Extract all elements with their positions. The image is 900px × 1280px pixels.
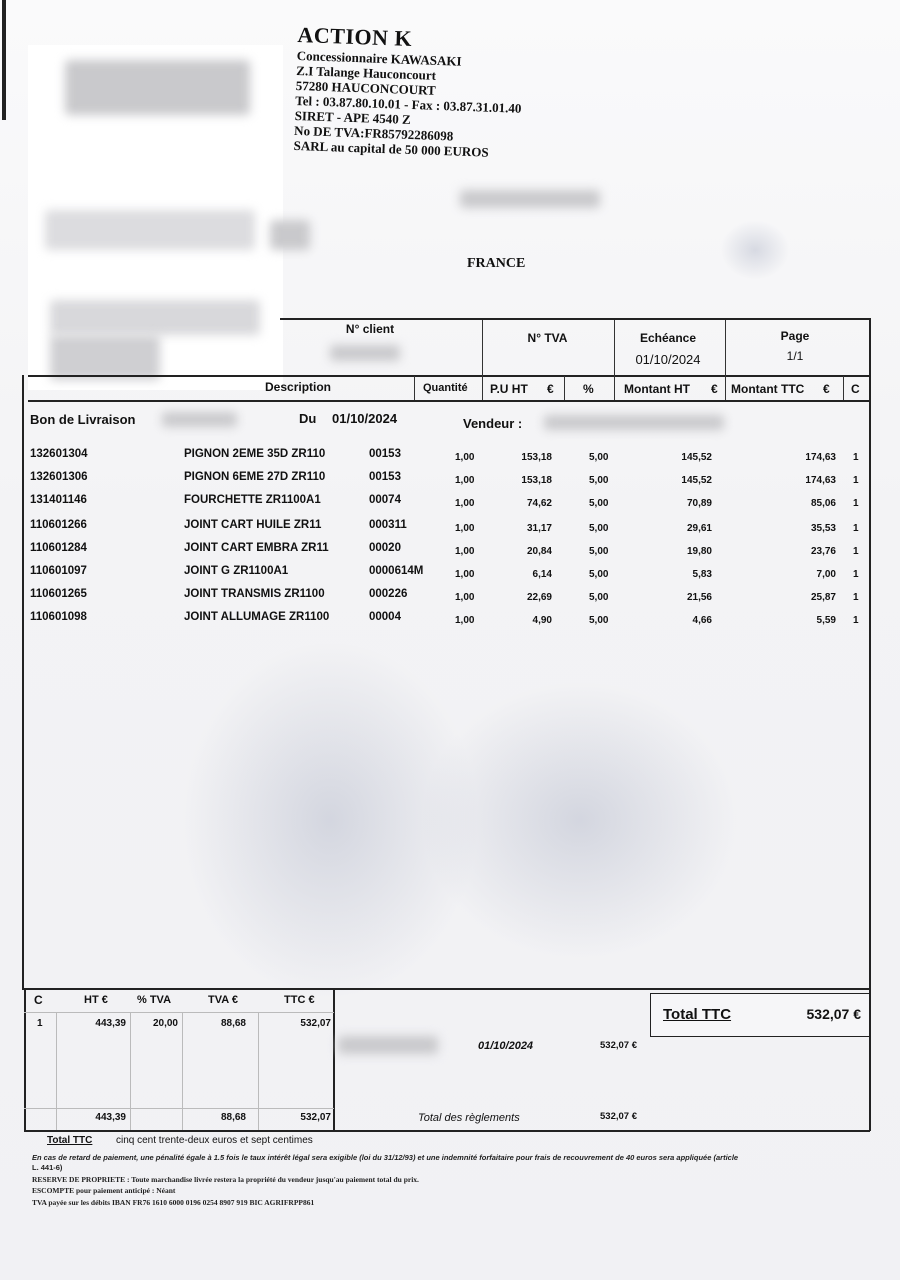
late-payment-notice: En cas de retard de paiement, une pénali… bbox=[32, 1153, 738, 1162]
item-qty: 1,00 bbox=[455, 523, 474, 534]
total-ttc-value: 532,07 € bbox=[807, 1006, 862, 1022]
item-ref: 132601304 bbox=[30, 448, 88, 460]
item-code: 00153 bbox=[369, 448, 401, 460]
item-qty: 1,00 bbox=[455, 498, 474, 509]
redacted-delivery-number bbox=[162, 412, 237, 427]
item-unit-price: 6,14 bbox=[500, 569, 552, 580]
header-top-line bbox=[280, 318, 870, 320]
divider bbox=[564, 376, 565, 400]
divider bbox=[843, 376, 844, 400]
payment-date: 01/10/2024 bbox=[478, 1040, 533, 1052]
item-discount-pct: 5,00 bbox=[589, 615, 608, 626]
col-amount-ht-currency: € bbox=[711, 382, 718, 396]
col-amount-ttc: Montant TTC bbox=[731, 382, 804, 396]
item-ref: 132601306 bbox=[30, 471, 88, 483]
redacted-recipient-name bbox=[460, 190, 600, 208]
vat-col-pct: % TVA bbox=[137, 994, 171, 1006]
item-qty: 1,00 bbox=[455, 592, 474, 603]
vendor-label: Vendeur : bbox=[463, 416, 522, 431]
item-code: 000311 bbox=[369, 519, 407, 531]
grid-divider bbox=[130, 1012, 131, 1130]
paper-stain bbox=[420, 680, 740, 960]
header-bottom-line bbox=[28, 400, 870, 402]
item-designation: JOINT CART HUILE ZR11 bbox=[184, 519, 321, 531]
item-amount-ht: 145,52 bbox=[650, 452, 712, 463]
late-payment-notice-cont: L. 441-6) bbox=[32, 1163, 62, 1172]
item-designation: JOINT CART EMBRA ZR11 bbox=[184, 542, 329, 554]
item-designation: JOINT ALLUMAGE ZR1100 bbox=[184, 611, 329, 623]
col-unit-price-currency: € bbox=[547, 382, 554, 396]
redacted-payment-method bbox=[338, 1036, 438, 1054]
table-row: 110601284JOINT CART EMBRA ZR11000201,002… bbox=[0, 542, 900, 564]
grid-divider bbox=[258, 1012, 259, 1130]
item-discount-pct: 5,00 bbox=[589, 569, 608, 580]
grid-line bbox=[24, 1108, 334, 1109]
due-date-value: 01/10/2024 bbox=[618, 352, 718, 367]
summary-bottom-line bbox=[24, 1130, 870, 1132]
company-header: ACTION K Concessionnaire KAWASAKI Z.I Ta… bbox=[293, 22, 524, 161]
col-unit-price: P.U HT bbox=[490, 382, 528, 396]
item-unit-price: 31,17 bbox=[500, 523, 552, 534]
item-c: 1 bbox=[853, 452, 859, 463]
item-designation: FOURCHETTE ZR1100A1 bbox=[184, 494, 321, 506]
vat-row-tva: 88,68 bbox=[190, 1018, 246, 1029]
item-unit-price: 20,84 bbox=[500, 546, 552, 557]
divider bbox=[24, 988, 26, 1131]
item-code: 0000614M bbox=[369, 565, 423, 577]
item-amount-ttc: 174,63 bbox=[770, 475, 836, 486]
amount-in-words-label: Total TTC bbox=[47, 1135, 92, 1146]
item-amount-ht: 21,56 bbox=[650, 592, 712, 603]
item-amount-ht: 5,83 bbox=[650, 569, 712, 580]
divider bbox=[614, 320, 615, 400]
item-ref: 110601266 bbox=[30, 519, 87, 531]
recipient-country: FRANCE bbox=[467, 256, 525, 272]
item-c: 1 bbox=[853, 498, 859, 509]
item-amount-ht: 4,66 bbox=[650, 615, 712, 626]
col-amount-ht: Montant HT bbox=[624, 382, 690, 396]
item-c: 1 bbox=[853, 615, 859, 626]
amount-in-words: cinq cent trente-deux euros et sept cent… bbox=[116, 1135, 313, 1146]
item-amount-ttc: 35,53 bbox=[770, 523, 836, 534]
divider bbox=[414, 376, 415, 400]
item-discount-pct: 5,00 bbox=[589, 475, 608, 486]
item-c: 1 bbox=[853, 592, 859, 603]
item-designation: JOINT G ZR1100A1 bbox=[184, 565, 288, 577]
item-amount-ttc: 174,63 bbox=[770, 452, 836, 463]
item-qty: 1,00 bbox=[455, 452, 474, 463]
payments-total-label: Total des règlements bbox=[418, 1112, 520, 1124]
page-value: 1/1 bbox=[735, 349, 855, 363]
due-date-label: Echéance bbox=[618, 331, 718, 345]
item-qty: 1,00 bbox=[455, 569, 474, 580]
redacted-text bbox=[45, 210, 255, 250]
summary-top-line bbox=[22, 988, 870, 990]
divider bbox=[482, 320, 483, 400]
item-c: 1 bbox=[853, 523, 859, 534]
page-edge-shadow bbox=[2, 0, 6, 120]
divider bbox=[333, 988, 335, 1131]
item-qty: 1,00 bbox=[455, 475, 474, 486]
item-code: 000226 bbox=[369, 588, 407, 600]
vat-row-pct: 20,00 bbox=[130, 1018, 178, 1029]
table-row: 110601265JOINT TRANSMIS ZR11000002261,00… bbox=[0, 588, 900, 610]
total-ttc-label: Total TTC bbox=[663, 1006, 731, 1023]
payments-total-amount: 532,07 € bbox=[600, 1111, 637, 1122]
item-unit-price: 153,18 bbox=[500, 452, 552, 463]
divider bbox=[725, 320, 726, 400]
retention-of-title: RESERVE DE PROPRIETE : Toute marchandise… bbox=[32, 1175, 419, 1184]
item-unit-price: 4,90 bbox=[500, 615, 552, 626]
item-c: 1 bbox=[853, 546, 859, 557]
vat-col-tva: TVA € bbox=[208, 994, 238, 1006]
redacted-text bbox=[65, 60, 250, 115]
payment-amount: 532,07 € bbox=[600, 1040, 637, 1051]
item-discount-pct: 5,00 bbox=[589, 452, 608, 463]
paper-stain bbox=[720, 220, 790, 280]
delivery-du-label: Du bbox=[299, 411, 316, 426]
item-ref: 110601098 bbox=[30, 611, 87, 623]
item-unit-price: 153,18 bbox=[500, 475, 552, 486]
header-mid-line bbox=[28, 375, 870, 377]
divider bbox=[869, 318, 871, 988]
grid-divider bbox=[56, 1012, 57, 1130]
table-row: 110601097JOINT G ZR1100A10000614M1,006,1… bbox=[0, 565, 900, 587]
item-discount-pct: 5,00 bbox=[589, 546, 608, 557]
redacted-text bbox=[270, 220, 310, 250]
redacted-text bbox=[50, 300, 260, 335]
item-amount-ht: 70,89 bbox=[650, 498, 712, 509]
item-amount-ttc: 25,87 bbox=[770, 592, 836, 603]
vat-col-c: C bbox=[34, 993, 43, 1007]
vat-col-ht: HT € bbox=[84, 994, 108, 1006]
vat-number-label: N° TVA bbox=[490, 331, 605, 345]
grid-divider bbox=[182, 1012, 183, 1130]
delivery-note-label: Bon de Livraison bbox=[30, 412, 135, 427]
early-payment-discount: ESCOMPTE pour paiement anticipé : Néant bbox=[32, 1186, 175, 1195]
table-row: 110601098JOINT ALLUMAGE ZR1100000041,004… bbox=[0, 611, 900, 633]
item-designation: PIGNON 6EME 27D ZR110 bbox=[184, 471, 325, 483]
item-amount-ht: 145,52 bbox=[650, 475, 712, 486]
vat-total-ttc: 532,07 bbox=[265, 1112, 331, 1123]
vat-total-tva: 88,68 bbox=[190, 1112, 246, 1123]
item-qty: 1,00 bbox=[455, 546, 474, 557]
item-amount-ht: 29,61 bbox=[650, 523, 712, 534]
vat-row-ttc: 532,07 bbox=[265, 1018, 331, 1029]
item-code: 00074 bbox=[369, 494, 401, 506]
page-label: Page bbox=[735, 329, 855, 343]
grid-line bbox=[24, 1012, 334, 1013]
item-c: 1 bbox=[853, 475, 859, 486]
item-amount-ttc: 5,59 bbox=[770, 615, 836, 626]
col-amount-ttc-currency: € bbox=[823, 382, 830, 396]
table-row: 132601304PIGNON 2EME 35D ZR110001531,001… bbox=[0, 448, 900, 470]
vat-bank-details: TVA payée sur les débits IBAN FR76 1610 … bbox=[32, 1198, 314, 1207]
vat-col-ttc: TTC € bbox=[284, 994, 315, 1006]
item-amount-ttc: 85,06 bbox=[770, 498, 836, 509]
item-ref: 110601284 bbox=[30, 542, 87, 554]
vat-row-ht: 443,39 bbox=[70, 1018, 126, 1029]
col-c: C bbox=[851, 382, 860, 396]
item-designation: JOINT TRANSMIS ZR1100 bbox=[184, 588, 325, 600]
table-row: 132601306PIGNON 6EME 27D ZR110001531,001… bbox=[0, 471, 900, 493]
col-description: Description bbox=[265, 380, 331, 394]
item-amount-ttc: 23,76 bbox=[770, 546, 836, 557]
item-c: 1 bbox=[853, 569, 859, 580]
item-qty: 1,00 bbox=[455, 615, 474, 626]
col-discount-pct: % bbox=[583, 382, 594, 396]
item-discount-pct: 5,00 bbox=[589, 498, 608, 509]
redacted-vendor bbox=[544, 415, 724, 430]
vat-row-c: 1 bbox=[37, 1018, 43, 1029]
redacted-text bbox=[50, 335, 160, 380]
client-number-label: N° client bbox=[320, 322, 420, 336]
item-code: 00004 bbox=[369, 611, 401, 623]
item-designation: PIGNON 2EME 35D ZR110 bbox=[184, 448, 325, 460]
delivery-date: 01/10/2024 bbox=[332, 411, 397, 426]
col-quantity: Quantité bbox=[423, 382, 468, 394]
item-discount-pct: 5,00 bbox=[589, 592, 608, 603]
item-amount-ht: 19,80 bbox=[650, 546, 712, 557]
item-discount-pct: 5,00 bbox=[589, 523, 608, 534]
item-unit-price: 74,62 bbox=[500, 498, 552, 509]
table-row: 131401146FOURCHETTE ZR1100A1000741,0074,… bbox=[0, 494, 900, 516]
item-ref: 131401146 bbox=[30, 494, 87, 506]
item-ref: 110601097 bbox=[30, 565, 87, 577]
vat-total-ht: 443,39 bbox=[70, 1112, 126, 1123]
item-unit-price: 22,69 bbox=[500, 592, 552, 603]
item-code: 00153 bbox=[369, 471, 401, 483]
item-amount-ttc: 7,00 bbox=[770, 569, 836, 580]
table-row: 110601266JOINT CART HUILE ZR110003111,00… bbox=[0, 519, 900, 541]
item-ref: 110601265 bbox=[30, 588, 87, 600]
item-code: 00020 bbox=[369, 542, 401, 554]
delivery-note-page: ACTION K Concessionnaire KAWASAKI Z.I Ta… bbox=[0, 0, 900, 1280]
total-ttc-box: Total TTC 532,07 € bbox=[650, 993, 870, 1037]
redacted-client-number bbox=[330, 345, 400, 361]
